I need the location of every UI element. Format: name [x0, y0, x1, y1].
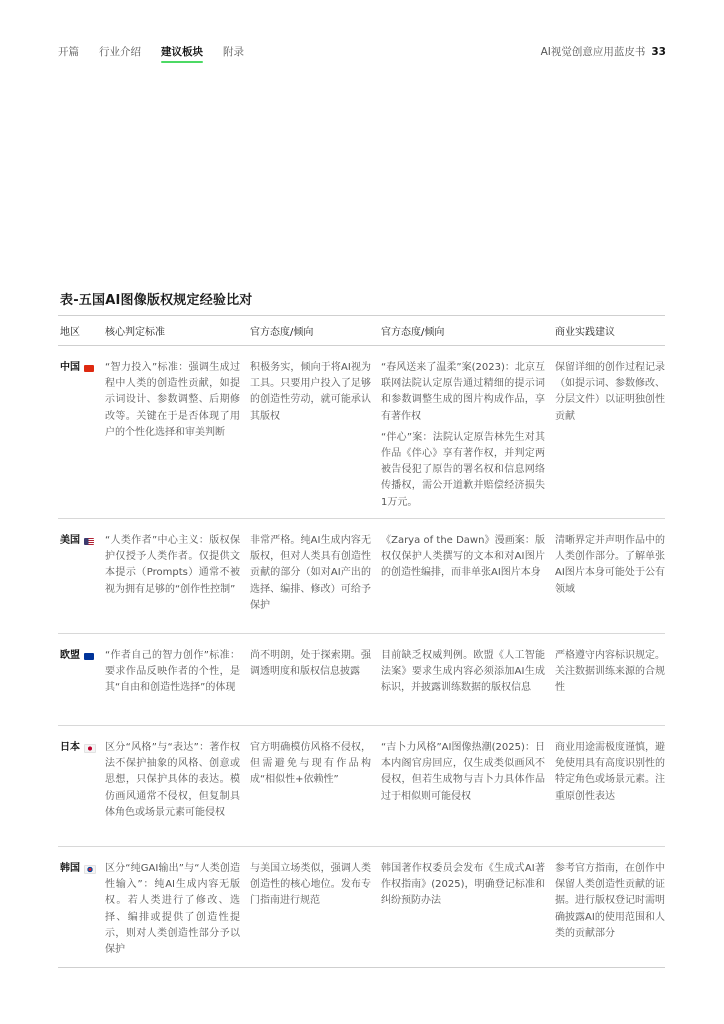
- nav-item-industry-intro[interactable]: 行业介绍: [99, 44, 141, 63]
- case-paragraph: 《Zarya of the Dawn》漫画案：版权仅保护人类撰写的文本和对AI图…: [381, 533, 545, 582]
- region-cell: 中国: [60, 360, 105, 376]
- advice-cell: 商业用途需极度谨慎，避免使用具有高度识别性的特定角色或场景元素。注重原创性表达: [555, 740, 665, 846]
- advice-cell: 参考官方指南，在创作中保留人类创造性贡献的证据。进行版权登记时需明确披露AI的使…: [555, 861, 665, 967]
- table-row-usa: 美国 “人类作者”中心主义：版权保护仅授予人类作者。仅提供文本提示（Prompt…: [58, 519, 665, 633]
- region-cell: 韩国: [60, 861, 105, 877]
- top-navigation: 开篇 行业介绍 建议板块 附录: [58, 44, 264, 63]
- document-title: AI视觉创意应用蓝皮书: [541, 46, 646, 58]
- case-paragraph: “伴心”案：法院认定原告林先生对其作品《伴心》享有著作权，并判定两被告侵犯了原告…: [381, 430, 545, 511]
- column-header-region: 地区: [58, 323, 105, 338]
- column-header-criterion: 核心判定标准: [105, 323, 250, 338]
- table-header-row: 地区 核心判定标准 官方态度/倾向 官方态度/倾向 商业实践建议: [58, 316, 665, 345]
- comparison-table: 地区 核心判定标准 官方态度/倾向 官方态度/倾向 商业实践建议 中国 “智力投…: [58, 315, 665, 968]
- cases-cell: “吉卜力风格”AI图像热潮(2025)：日本内阁官房回应，仅生成类似画风不侵权，…: [381, 740, 555, 846]
- region-cell: 日本: [60, 740, 105, 756]
- cases-cell: 《Zarya of the Dawn》漫画案：版权仅保护人类撰写的文本和对AI图…: [381, 533, 555, 633]
- running-header: AI视觉创意应用蓝皮书33: [541, 44, 666, 59]
- table-row-japan: 日本 区分“风格”与“表达”：著作权法不保护抽象的风格、创意或思想，只保护具体的…: [58, 726, 665, 846]
- advice-cell: 保留详细的创作过程记录（如提示词、参数修改、分层文件）以证明独创性贡献: [555, 360, 665, 518]
- region-label: 韩国: [60, 861, 80, 877]
- kr-flag-icon: [84, 865, 96, 874]
- jp-flag-icon: [84, 744, 96, 753]
- region-label: 中国: [60, 360, 80, 376]
- nav-item-opening[interactable]: 开篇: [58, 44, 79, 63]
- region-label: 美国: [60, 533, 80, 549]
- attitude-cell: 尚不明朗，处于探索期。强调透明度和版权信息披露: [250, 648, 381, 725]
- cases-cell: 韩国著作权委员会发布《生成式AI著作权指南》(2025)，明确登记标准和纠纷预防…: [381, 861, 555, 967]
- region-label: 日本: [60, 740, 80, 756]
- case-paragraph: “春风送来了温柔”案(2023)：北京互联网法院认定原告通过精细的提示词和参数调…: [381, 360, 545, 425]
- cases-cell: “春风送来了温柔”案(2023)：北京互联网法院认定原告通过精细的提示词和参数调…: [381, 360, 555, 518]
- criterion-cell: 区分“纯GAI输出”与“人类创造性输入”：纯AI生成内容无版权。若人类进行了修改…: [105, 861, 250, 967]
- criterion-cell: “人类作者”中心主义：版权保护仅授予人类作者。仅提供文本提示（Prompts）通…: [105, 533, 250, 633]
- table-title: 表-五国AI图像版权规定经验比对: [60, 289, 253, 308]
- advice-cell: 严格遵守内容标识规定。关注数据训练来源的合规性: [555, 648, 665, 725]
- case-paragraph: “吉卜力风格”AI图像热潮(2025)：日本内阁官房回应，仅生成类似画风不侵权，…: [381, 740, 545, 805]
- attitude-cell: 与美国立场类似，强调人类创造性的核心地位。发布专门指南进行规范: [250, 861, 381, 967]
- nav-item-recommendations[interactable]: 建议板块: [161, 44, 203, 63]
- table-row-eu: 欧盟 “作者自己的智力创作”标准：要求作品反映作者的个性，是其“自由和创造性选择…: [58, 634, 665, 725]
- column-header-cases: 官方态度/倾向: [381, 323, 555, 338]
- case-paragraph: 目前缺乏权威判例。欧盟《人工智能法案》要求生成内容必须添加AI生成标识，并披露训…: [381, 648, 545, 697]
- table-row-korea: 韩国 区分“纯GAI输出”与“人类创造性输入”：纯AI生成内容无版权。若人类进行…: [58, 847, 665, 967]
- eu-flag-icon: [84, 653, 94, 660]
- column-header-advice: 商业实践建议: [555, 323, 665, 338]
- cn-flag-icon: [84, 365, 94, 372]
- criterion-cell: “智力投入”标准：强调生成过程中人类的创造性贡献，如提示词设计、参数调整、后期修…: [105, 360, 250, 518]
- page-number: 33: [651, 46, 666, 58]
- table-bottom-rule: [58, 967, 665, 968]
- region-cell: 欧盟: [60, 648, 105, 664]
- attitude-cell: 非常严格。纯AI生成内容无版权，但对人类具有创造性贡献的部分（如对AI产出的选择…: [250, 533, 381, 633]
- us-flag-icon: [84, 538, 94, 545]
- criterion-cell: 区分“风格”与“表达”：著作权法不保护抽象的风格、创意或思想，只保护具体的表达。…: [105, 740, 250, 846]
- attitude-cell: 积极务实，倾向于将AI视为工具。只要用户投入了足够的创造性劳动，就可能承认其版权: [250, 360, 381, 518]
- advice-cell: 清晰界定并声明作品中的人类创作部分。了解单张AI图片本身可能处于公有领域: [555, 533, 665, 633]
- nav-item-appendix[interactable]: 附录: [223, 44, 244, 63]
- cases-cell: 目前缺乏权威判例。欧盟《人工智能法案》要求生成内容必须添加AI生成标识，并披露训…: [381, 648, 555, 725]
- criterion-cell: “作者自己的智力创作”标准：要求作品反映作者的个性，是其“自由和创造性选择”的体…: [105, 648, 250, 725]
- region-label: 欧盟: [60, 648, 80, 664]
- case-paragraph: 韩国著作权委员会发布《生成式AI著作权指南》(2025)，明确登记标准和纠纷预防…: [381, 861, 545, 910]
- table-row-china: 中国 “智力投入”标准：强调生成过程中人类的创造性贡献，如提示词设计、参数调整、…: [58, 346, 665, 518]
- column-header-attitude: 官方态度/倾向: [250, 323, 381, 338]
- region-cell: 美国: [60, 533, 105, 549]
- attitude-cell: 官方明确模仿风格不侵权，但需避免与现有作品构成“相似性+依赖性”: [250, 740, 381, 846]
